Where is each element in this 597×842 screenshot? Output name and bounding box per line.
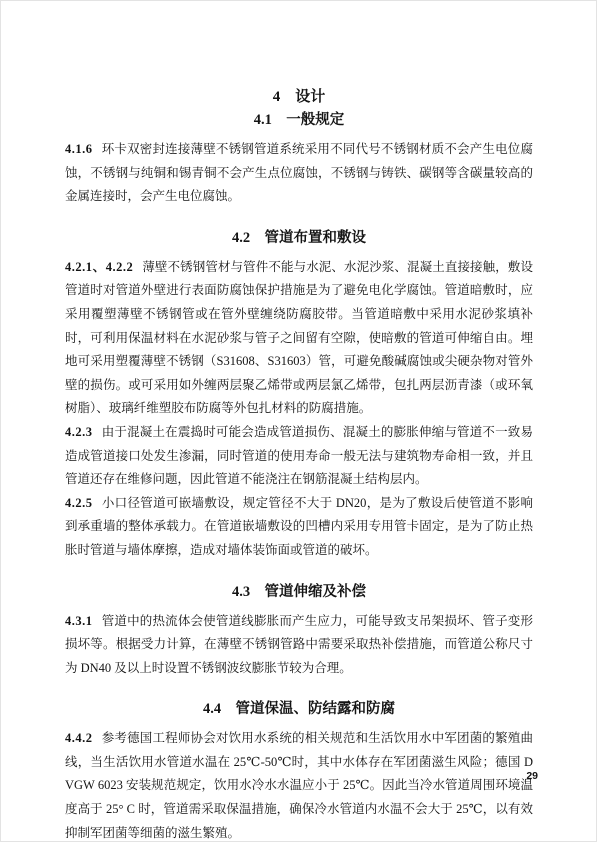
section-title-4-1: 4.1 一般规定	[65, 110, 533, 130]
paragraph-label: 4.2.1、4.2.2	[65, 260, 133, 274]
section-title-4-2: 4.2 管道布置和敷设	[65, 228, 533, 248]
paragraph-4-2-3: 4.2.3由于混凝土在震捣时可能会造成管道损伤、混凝土的膨胀伸缩与管道不一致易造…	[65, 421, 533, 492]
paragraph-label: 4.2.5	[65, 496, 93, 510]
paragraph-4-3-1: 4.3.1管道中的热流体会使管道线膨胀而产生应力，可能导致支吊架损坏、管子变形损…	[65, 610, 533, 681]
paragraph-text: 薄壁不锈钢管材与管件不能与水泥、水泥沙浆、混凝土直接接触，敷设管道时对管道外壁进…	[65, 260, 533, 416]
paragraph-label: 4.1.6	[65, 142, 93, 156]
section-title-4-3: 4.3 管道伸缩及补偿	[65, 582, 533, 602]
paragraph-text: 参考德国工程师协会对饮用水系统的相关规范和生活饮用水中军团菌的繁殖曲线，当生活饮…	[65, 731, 533, 839]
paragraph-text: 管道中的热流体会使管道线膨胀而产生应力，可能导致支吊架损坏、管子变形损坏等。根据…	[65, 614, 533, 675]
document-page: 4 设计 4.1 一般规定 4.1.6环卡双密封连接薄壁不锈钢管道系统采用不同代…	[0, 0, 597, 842]
chapter-title: 4 设计	[65, 87, 533, 107]
paragraph-4-2-5: 4.2.5小口径管道可嵌墙敷设，规定管径不大于 DN20，是为了敷设后使管道不影…	[65, 492, 533, 563]
section-title-4-4: 4.4 管道保温、防结露和防腐	[65, 699, 533, 719]
paragraph-text: 由于混凝土在震捣时可能会造成管道损伤、混凝土的膨胀伸缩与管道不一致易造成管道接口…	[65, 425, 533, 486]
paragraph-4-1-6: 4.1.6环卡双密封连接薄壁不锈钢管道系统采用不同代号不锈钢材质不会产生电位腐蚀…	[65, 138, 533, 209]
paragraph-4-2-1-2: 4.2.1、4.2.2薄壁不锈钢管材与管件不能与水泥、水泥沙浆、混凝土直接接触，…	[65, 256, 533, 421]
paragraph-label: 4.3.1	[65, 614, 93, 628]
paragraph-label: 4.2.3	[65, 425, 93, 439]
paragraph-4-4-2: 4.4.2参考德国工程师协会对饮用水系统的相关规范和生活饮用水中军团菌的繁殖曲线…	[65, 727, 533, 842]
paragraph-text: 环卡双密封连接薄壁不锈钢管道系统采用不同代号不锈钢材质不会产生电位腐蚀，不锈钢与…	[65, 142, 533, 203]
paragraph-text: 小口径管道可嵌墙敷设，规定管径不大于 DN20，是为了敷设后使管道不影响到承重墙…	[65, 496, 533, 557]
page-number: 29	[526, 770, 538, 782]
paragraph-label: 4.4.2	[65, 731, 93, 745]
